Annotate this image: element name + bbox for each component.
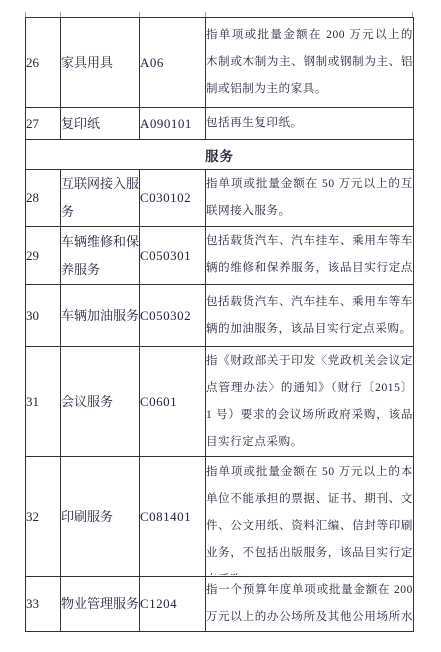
- item-code: A090101: [140, 108, 206, 140]
- table-row-29: 29 车辆维修和保养服务 C050301 包括载货汽车、汽车挂车、乘用车等车辆的…: [26, 227, 414, 285]
- item-name: 会议服务: [61, 347, 140, 457]
- item-number: 26: [26, 18, 61, 108]
- table-row-28: 28 互联网接入服务 C030102 指单项或批量金额在 50 万元以上的互联网…: [26, 170, 414, 227]
- item-number: 30: [26, 285, 61, 347]
- table-row-33: 33 物业管理服务 C1204 指一个预算年度单项或批量金额在 200 万元以上…: [26, 577, 414, 632]
- table-row-27: 27 复印纸 A090101 包括再生复印纸。: [26, 108, 414, 140]
- item-code: C050301: [140, 227, 206, 285]
- item-number: 27: [26, 108, 61, 140]
- item-number: 32: [26, 457, 61, 577]
- table-row-26: 26 家具用具 A06 指单项或批量金额在 200 万元以上的木制或木制为主、钢…: [26, 18, 414, 108]
- item-code: C081401: [140, 457, 206, 577]
- item-description-text: 指一个预算年度单项或批量金额在 200 万元以上的办公场所及其他公用场所水电供: [206, 577, 413, 631]
- item-number: 29: [26, 227, 61, 285]
- section-header-services: 服务: [26, 140, 414, 170]
- item-name: 复印纸: [61, 108, 140, 140]
- item-code: C030102: [140, 170, 206, 227]
- table-row-31: 31 会议服务 C0601 指《财政部关于印发〈党政机关会议定点管理办法〉的通知…: [26, 347, 414, 457]
- item-name: 互联网接入服务: [61, 170, 140, 227]
- item-description-text: 包括载货汽车、汽车挂车、乘用车等车辆的维修和保养服务，该品目实行定点采购。: [206, 228, 413, 284]
- item-name: 家具用具: [61, 18, 140, 108]
- table-row-30: 30 车辆加油服务 C050302 包括载货汽车、汽车挂车、乘用车等车辆的加油服…: [26, 285, 414, 347]
- section-header-row: 服务: [26, 140, 414, 170]
- item-description-text: 指《财政部关于印发〈党政机关会议定点管理办法〉的通知》（财行〔2015〕1 号）…: [206, 348, 413, 456]
- item-description-text: 指单项或批量金额在 50 万元以上的互联网接入服务。: [206, 171, 413, 225]
- item-code: C050302: [140, 285, 206, 347]
- item-description: 指单项或批量金额在 200 万元以上的木制或木制为主、钢制或钢制为主、铝制或铝制…: [206, 18, 414, 108]
- item-code: C1204: [140, 577, 206, 632]
- item-description-text: 包括载货汽车、汽车挂车、乘用车等车辆的加油服务，该品目实行定点采购。: [206, 289, 413, 343]
- table-row-32: 32 印刷服务 C081401 指单项或批量金额在 50 万元以上的本单位不能承…: [26, 457, 414, 577]
- item-description-text: 指单项或批量金额在 200 万元以上的木制或木制为主、钢制或钢制为主、铝制或铝制…: [206, 22, 413, 103]
- item-name: 车辆加油服务: [61, 285, 140, 347]
- item-description-text: 指单项或批量金额在 50 万元以上的本单位不能承担的票据、证书、期刊、文件、公文…: [206, 459, 413, 575]
- item-name: 车辆维修和保养服务: [61, 227, 140, 285]
- item-code: A06: [140, 18, 206, 108]
- item-description: 包括载货汽车、汽车挂车、乘用车等车辆的加油服务，该品目实行定点采购。: [206, 285, 414, 347]
- previous-row-cut-border: [25, 0, 413, 17]
- item-number: 33: [26, 577, 61, 632]
- document-page: 26 家具用具 A06 指单项或批量金额在 200 万元以上的木制或木制为主、钢…: [0, 0, 441, 652]
- item-description: 指《财政部关于印发〈党政机关会议定点管理办法〉的通知》（财行〔2015〕1 号）…: [206, 347, 414, 457]
- item-number: 31: [26, 347, 61, 457]
- item-code: C0601: [140, 347, 206, 457]
- item-description: 指单项或批量金额在 50 万元以上的互联网接入服务。: [206, 170, 414, 227]
- item-description: 包括再生复印纸。: [206, 108, 414, 140]
- item-description-text: 包括再生复印纸。: [206, 110, 413, 137]
- item-number: 28: [26, 170, 61, 227]
- item-name: 印刷服务: [61, 457, 140, 577]
- item-description: 指一个预算年度单项或批量金额在 200 万元以上的办公场所及其他公用场所水电供: [206, 577, 414, 632]
- item-name: 物业管理服务: [61, 577, 140, 632]
- item-description: 包括载货汽车、汽车挂车、乘用车等车辆的维修和保养服务，该品目实行定点采购。: [206, 227, 414, 285]
- item-description: 指单项或批量金额在 50 万元以上的本单位不能承担的票据、证书、期刊、文件、公文…: [206, 457, 414, 577]
- procurement-catalog-table: 26 家具用具 A06 指单项或批量金额在 200 万元以上的木制或木制为主、钢…: [25, 17, 414, 632]
